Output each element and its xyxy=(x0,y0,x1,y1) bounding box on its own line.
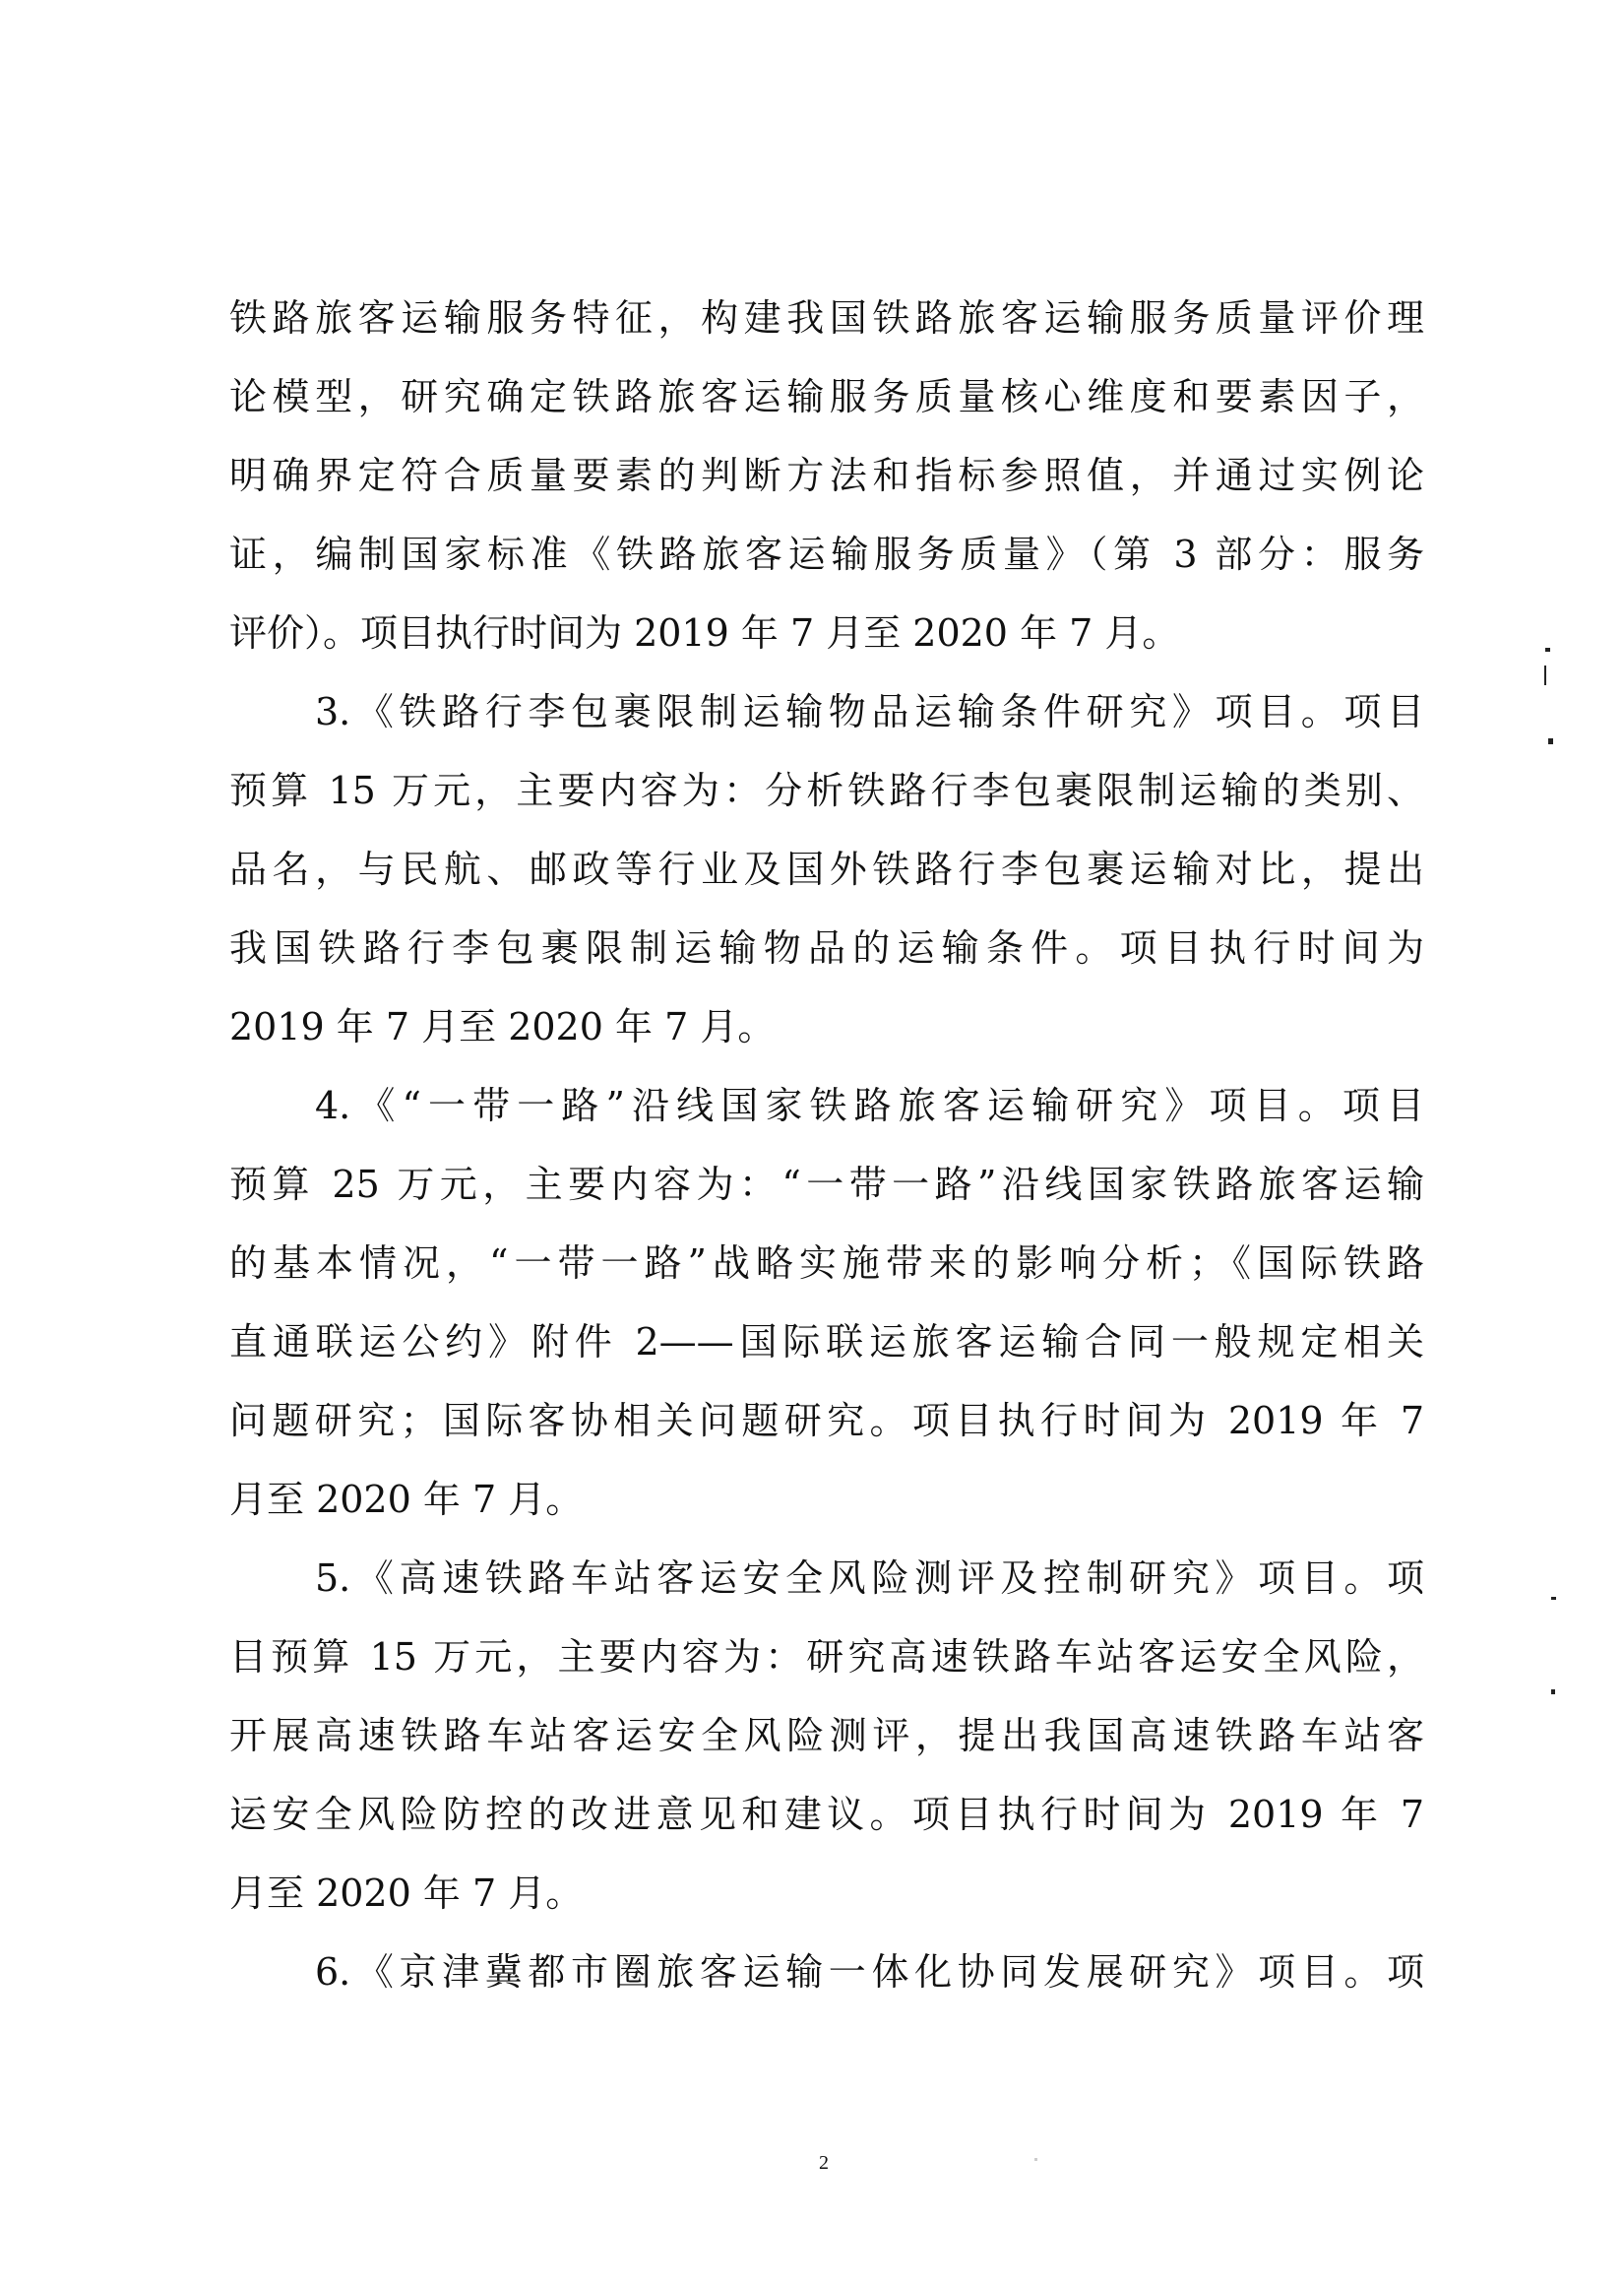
text-line: 问题研究；国际客协相关问题研究。项目执行时间为 2019 年 7 xyxy=(229,1381,1424,1460)
paragraph-heading-line: 3.《铁路行李包裹限制运输物品运输条件研究》项目。项目 xyxy=(229,672,1424,751)
text-line: 论模型，研究确定铁路旅客运输服务质量核心维度和要素因子， xyxy=(229,357,1424,436)
text-line: 评价）。项目执行时间为 2019 年 7 月至 2020 年 7 月。 xyxy=(229,594,1424,672)
text-line: 的基本情况，“一带一路”战略实施带来的影响分析；《国际铁路 xyxy=(229,1224,1424,1302)
scan-artifact xyxy=(1544,666,1546,685)
text-line: 目预算 15 万元，主要内容为：研究高速铁路车站客运安全风险， xyxy=(229,1618,1424,1696)
text-line: 2019 年 7 月至 2020 年 7 月。 xyxy=(229,987,1424,1066)
text-line: 开展高速铁路车站客运安全风险测评，提出我国高速铁路车站客 xyxy=(229,1696,1424,1775)
scan-artifact xyxy=(1548,738,1553,744)
text-line: 直通联运公约》附件 2——国际联运旅客运输合同一般规定相关 xyxy=(229,1302,1424,1381)
text-line: 预算 15 万元，主要内容为：分析铁路行李包裹限制运输的类别、 xyxy=(229,751,1424,830)
paragraph-heading-line: 5.《高速铁路车站客运安全风险测评及控制研究》项目。项 xyxy=(229,1539,1424,1618)
text-line: 预算 25 万元，主要内容为：“一带一路”沿线国家铁路旅客运输 xyxy=(229,1145,1424,1224)
scan-artifact xyxy=(1034,2158,1037,2161)
scan-artifact xyxy=(1545,648,1550,652)
text-line: 明确界定符合质量要素的判断方法和指标参照值，并通过实例论 xyxy=(229,436,1424,515)
text-line: 铁路旅客运输服务特征，构建我国铁路旅客运输服务质量评价理 xyxy=(229,279,1424,357)
text-line: 月至 2020 年 7 月。 xyxy=(229,1854,1424,1933)
scan-artifact xyxy=(1551,1689,1555,1694)
text-line: 月至 2020 年 7 月。 xyxy=(229,1460,1424,1539)
text-line: 证，编制国家标准《铁路旅客运输服务质量》（第 3 部分：服务 xyxy=(229,515,1424,594)
document-page: 铁路旅客运输服务特征，构建我国铁路旅客运输服务质量评价理 论模型，研究确定铁路旅… xyxy=(0,0,1624,2284)
text-line: 我国铁路行李包裹限制运输物品的运输条件。项目执行时间为 xyxy=(229,909,1424,987)
text-line: 运安全风险防控的改进意见和建议。项目执行时间为 2019 年 7 xyxy=(229,1775,1424,1854)
paragraph-heading-line: 4.《“一带一路”沿线国家铁路旅客运输研究》项目。项目 xyxy=(229,1066,1424,1145)
paragraph-heading-line: 6.《京津冀都市圈旅客运输一体化协同发展研究》项目。项 xyxy=(229,1933,1424,2011)
page-number: 2 xyxy=(819,2152,829,2175)
scan-artifact xyxy=(1551,1597,1556,1600)
document-body: 铁路旅客运输服务特征，构建我国铁路旅客运输服务质量评价理 论模型，研究确定铁路旅… xyxy=(229,279,1424,2011)
text-line: 品名，与民航、邮政等行业及国外铁路行李包裹运输对比，提出 xyxy=(229,830,1424,909)
